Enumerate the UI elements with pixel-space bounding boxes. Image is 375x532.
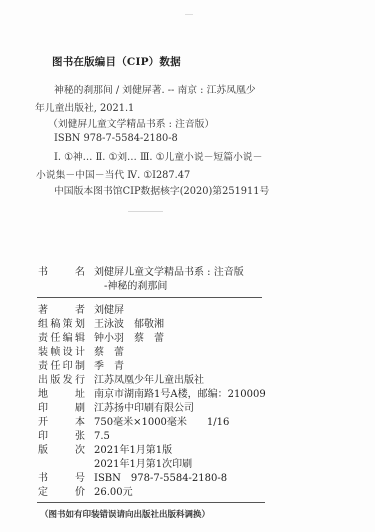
field-label: 责任印制 bbox=[38, 360, 85, 373]
colophon-row: 责任编辑钟小羽 蔡 蕾 bbox=[38, 332, 164, 345]
field-label: 责任编辑 bbox=[38, 332, 85, 345]
cip-line: 神秘的刹那间 / 刘健屏著. -- 南京 : 江苏凤凰少 bbox=[54, 82, 256, 96]
cip-line: Ⅰ. ①神… Ⅱ. ①刘… Ⅲ. ①儿童小说－短篇小说－ bbox=[54, 149, 262, 163]
field-label: 印张 bbox=[38, 430, 85, 443]
colophon-row: 印张7.5 bbox=[38, 430, 110, 443]
book-name-row: 书名刘健屏儿童文学精品书系 : 注音版 bbox=[38, 266, 244, 279]
field-value: 季 青 bbox=[94, 360, 124, 373]
field-label: 版次 bbox=[38, 444, 85, 457]
colophon-row: 开本750毫米×1000毫米 1/16 bbox=[38, 416, 229, 429]
colophon-row: 印刷江苏扬中印刷有限公司 bbox=[38, 402, 194, 415]
field-label: 开本 bbox=[38, 416, 85, 429]
field-value: 2021年1月第1版 bbox=[94, 444, 172, 457]
colophon-row: 2021年1月第1次印刷 bbox=[38, 458, 192, 471]
field-label: 装帧设计 bbox=[38, 346, 85, 359]
colophon-row: 书号ISBN 978-7-5584-2180-8 bbox=[38, 472, 227, 485]
book-name-subtitle: -神秘的刹那间 bbox=[104, 280, 167, 293]
colophon-row: 著者刘健屏 bbox=[38, 304, 124, 317]
field-value: -神秘的刹那间 bbox=[104, 280, 167, 293]
field-value: 750毫米×1000毫米 1/16 bbox=[94, 416, 229, 429]
field-value: 2021年1月第1次印刷 bbox=[94, 458, 192, 471]
cip-title: 图书在版编目（CIP）数据 bbox=[52, 54, 181, 69]
scan-mark bbox=[128, 211, 163, 212]
cip-verification-number: 中国版本图书馆CIP数据核字(2020)第251911号 bbox=[54, 183, 269, 197]
field-label: 出版发行 bbox=[38, 374, 85, 387]
colophon-row: 出版发行江苏凤凰少年儿童出版社 bbox=[38, 374, 204, 387]
field-value: 26.00元 bbox=[94, 486, 133, 499]
field-value: 江苏扬中印刷有限公司 bbox=[94, 402, 194, 415]
field-label: 书名 bbox=[38, 266, 85, 279]
field-value: 南京市湖南路1号A楼，邮编：210009 bbox=[94, 388, 266, 401]
field-label: 组稿策划 bbox=[38, 318, 85, 331]
field-value: 刘健屏儿童文学精品书系 : 注音版 bbox=[94, 266, 244, 279]
field-value: 7.5 bbox=[94, 430, 110, 443]
cip-line: 小说集－中国－当代 Ⅳ. ①I287.47 bbox=[36, 167, 190, 181]
field-label: 著者 bbox=[38, 304, 85, 317]
cip-line: 年儿童出版社, 2021.1 bbox=[35, 100, 134, 114]
scan-mark bbox=[185, 14, 193, 15]
field-value: ISBN 978-7-5584-2180-8 bbox=[94, 472, 227, 485]
field-value: 王泳波 郁敬湘 bbox=[94, 318, 164, 331]
field-label: 书号 bbox=[38, 472, 85, 485]
colophon-row: 版次2021年1月第1版 bbox=[38, 444, 172, 457]
colophon-row: 组稿策划王泳波 郁敬湘 bbox=[38, 318, 164, 331]
colophon-row: 地址南京市湖南路1号A楼，邮编：210009 bbox=[38, 388, 266, 401]
field-value: 蔡 蕾 bbox=[94, 346, 124, 359]
field-label: 定价 bbox=[38, 486, 85, 499]
colophon-row: 装帧设计蔡 蕾 bbox=[38, 346, 124, 359]
field-value: 刘健屏 bbox=[94, 304, 124, 317]
cip-line: （刘健屏儿童文学精品书系 : 注音版） bbox=[48, 116, 214, 130]
footer-note: （图书如有印装错误请向出版社出版科调换） bbox=[40, 508, 210, 520]
cip-isbn: ISBN 978-7-5584-2180-8 bbox=[54, 133, 178, 144]
field-value: 钟小羽 蔡 蕾 bbox=[94, 332, 164, 345]
field-value: 江苏凤凰少年儿童出版社 bbox=[94, 374, 204, 387]
colophon-row: 定价26.00元 bbox=[38, 486, 133, 499]
field-label: 印刷 bbox=[38, 402, 85, 415]
field-label: 地址 bbox=[38, 388, 85, 401]
divider-bottom bbox=[37, 502, 265, 503]
divider-top bbox=[37, 297, 262, 298]
colophon-row: 责任印制季 青 bbox=[38, 360, 124, 373]
